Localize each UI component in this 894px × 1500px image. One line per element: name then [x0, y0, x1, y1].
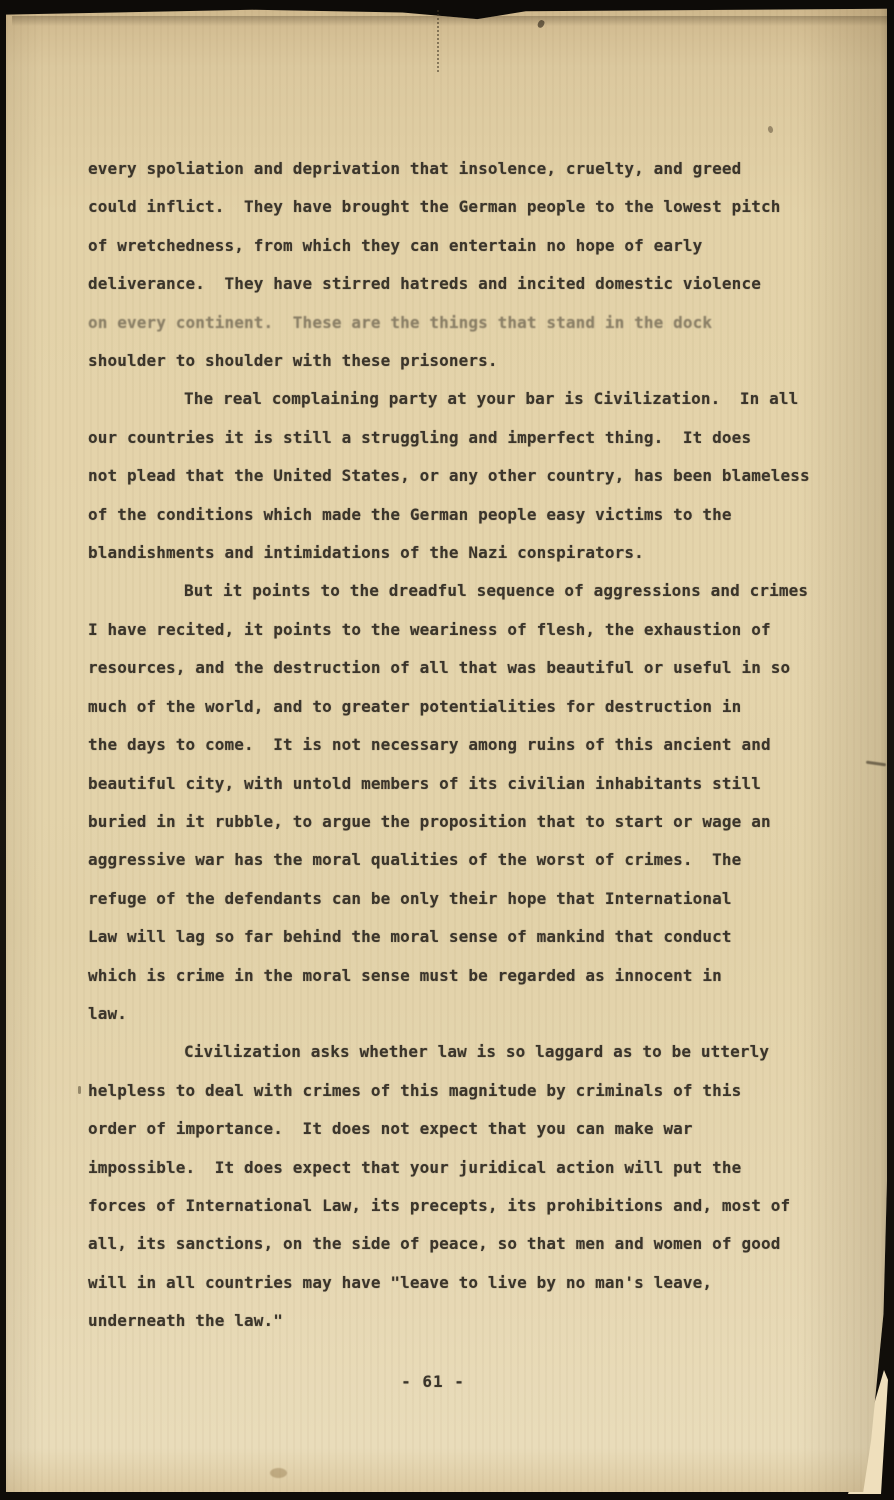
text-line: much of the world, and to greater potent…	[88, 688, 828, 726]
text-line: our countries it is still a struggling a…	[88, 419, 828, 457]
text-line: refuge of the defendants can be only the…	[88, 880, 828, 918]
text-line: buried in it rubble, to argue the propos…	[88, 803, 828, 841]
text-line: deliverance. They have stirred hatreds a…	[88, 265, 828, 303]
text-line: the days to come. It is not necessary am…	[88, 726, 828, 764]
text-line: of wretchedness, from which they can ent…	[88, 227, 828, 265]
text-line: law.	[88, 995, 828, 1033]
text-line: could inflict. They have brought the Ger…	[88, 188, 828, 226]
text-line: not plead that the United States, or any…	[88, 457, 828, 495]
text-line: order of importance. It does not expect …	[88, 1110, 828, 1148]
text-line: Civilization asks whether law is so lagg…	[88, 1033, 828, 1071]
page-number: - 61 -	[88, 1372, 778, 1391]
text-line: every spoliation and deprivation that in…	[88, 150, 828, 188]
text-line: underneath the law."	[88, 1302, 828, 1340]
text-line: helpless to deal with crimes of this mag…	[88, 1072, 828, 1110]
paper-top-edge-shadow	[12, 16, 893, 26]
text-line: forces of International Law, its precept…	[88, 1187, 828, 1225]
text-line: shoulder to shoulder with these prisoner…	[88, 342, 828, 380]
paper-stain	[270, 1468, 287, 1478]
text-line: beautiful city, with untold members of i…	[88, 765, 828, 803]
text-line: will in all countries may have "leave to…	[88, 1264, 828, 1302]
ink-speck	[78, 1086, 81, 1094]
text-line: impossible. It does expect that your jur…	[88, 1149, 828, 1187]
text-line: The real complaining party at your bar i…	[88, 380, 828, 418]
text-line: I have recited, it points to the wearine…	[88, 611, 828, 649]
text-line: which is crime in the moral sense must b…	[88, 957, 828, 995]
text-line: of the conditions which made the German …	[88, 496, 828, 534]
text-line: Law will lag so far behind the moral sen…	[88, 918, 828, 956]
text-line: resources, and the destruction of all th…	[88, 649, 828, 687]
text-line: aggressive war has the moral qualities o…	[88, 841, 828, 879]
fold-mark	[437, 10, 439, 72]
text-block: every spoliation and deprivation that in…	[88, 150, 828, 1341]
text-line: on every continent. These are the things…	[88, 304, 828, 342]
text-line: But it points to the dreadful sequence o…	[88, 572, 828, 610]
text-line: all, its sanctions, on the side of peace…	[88, 1225, 828, 1263]
text-line: blandishments and intimidations of the N…	[88, 534, 828, 572]
